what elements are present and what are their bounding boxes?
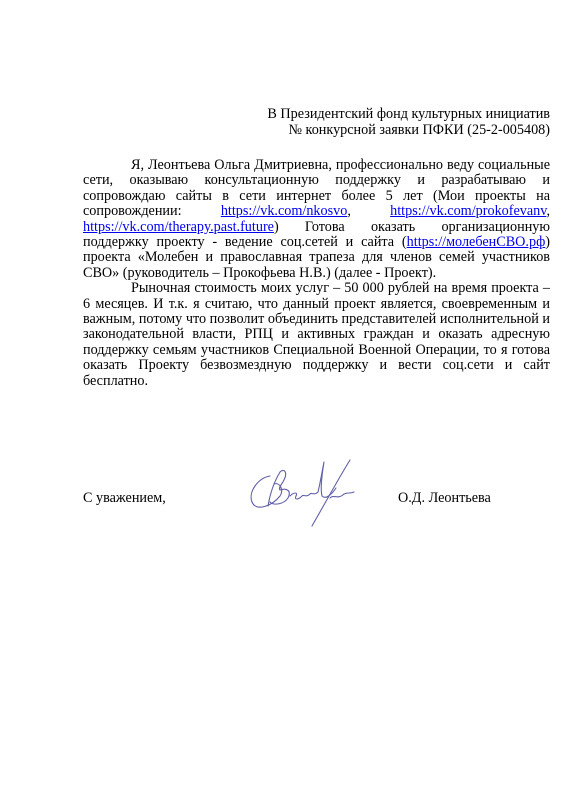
separator: , [347, 203, 390, 219]
signer-name: О.Д. Леонтьева [398, 490, 491, 507]
link-nkosvo[interactable]: https://vk.com/nkosvo [221, 203, 348, 219]
link-therapy[interactable]: https://vk.com/therapy.past.future [83, 219, 274, 235]
letter-body: Я, Леонтьева Ольга Дмитриевна, профессио… [83, 158, 550, 389]
link-moleben-site[interactable]: https://молебенСВО.рф [407, 234, 546, 250]
addressee-header: В Президентский фонд культурных инициати… [267, 106, 550, 138]
addressee-line: В Президентский фонд культурных инициати… [267, 106, 550, 122]
link-prokofevanv[interactable]: https://vk.com/prokofevanv [390, 203, 546, 219]
closing-text: С уважением, [83, 490, 166, 507]
document-page: В Президентский фонд культурных инициати… [0, 0, 585, 789]
separator: , [546, 203, 550, 219]
application-number-line: № конкурсной заявки ПФКИ (25-2-005408) [267, 122, 550, 138]
signature-icon [240, 458, 360, 533]
paragraph-intro: Я, Леонтьева Ольга Дмитриевна, профессио… [83, 158, 550, 281]
paragraph-cost: Рыночная стоимость моих услуг – 50 000 р… [83, 281, 550, 389]
